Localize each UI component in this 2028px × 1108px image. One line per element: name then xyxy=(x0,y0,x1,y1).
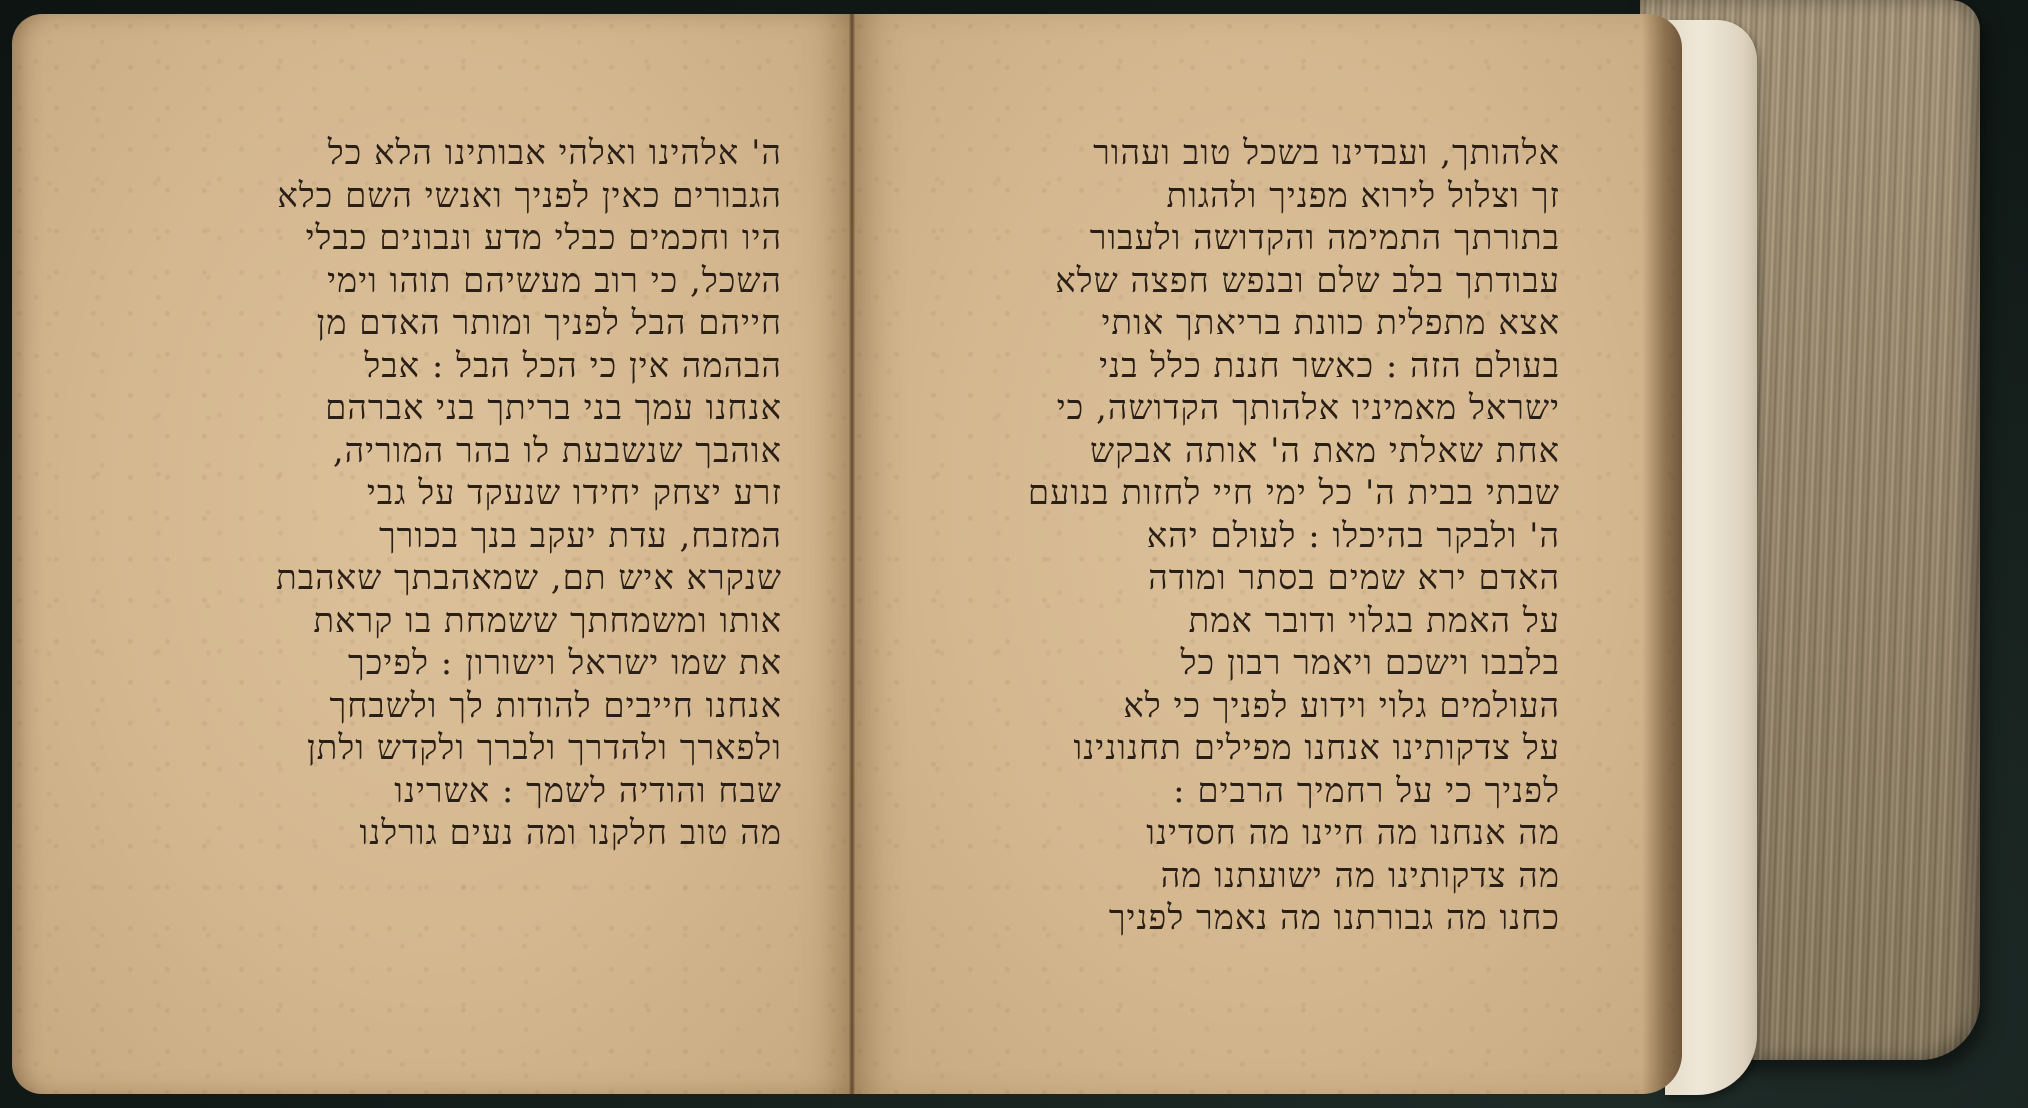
text-line: ישראל מאמיניו אלהותך הקדושה, כי xyxy=(920,387,1560,430)
text-line: שנקרא איש תם, שמאהבתך שאהבת xyxy=(162,557,782,600)
text-line: על האמת בגלוי ודובר אמת xyxy=(920,600,1560,643)
text-line: אנחנו חייבים להודות לך ולשבחך xyxy=(162,685,782,728)
text-line: אחת שאלתי מאת ה' אותה אבקש xyxy=(920,430,1560,473)
text-line: זרע יצחק יחידו שנעקד על גבי xyxy=(162,472,782,515)
text-line: בעולם הזה : כאשר חננת כלל בני xyxy=(920,345,1560,388)
book-gutter xyxy=(849,14,855,1094)
left-page: ה' אלהינו ואלהי אבותינו הלא כל הגבורים כ… xyxy=(12,14,852,1094)
text-line: אצא מתפלית כוונת בריאתך אותי xyxy=(920,302,1560,345)
text-line: הגבורים כאין לפניך ואנשי השם כלא xyxy=(162,175,782,218)
text-line: חייהם הבל לפניך ומותר האדם מן xyxy=(162,302,782,345)
text-line: ולפארך ולהדרך ולברך ולקדש ולתן xyxy=(162,727,782,770)
text-line: אלהותך, ועבדינו בשכל טוב ועהור xyxy=(920,132,1560,175)
text-line: עבודתך בלב שלם ובנפש חפצה שלא xyxy=(920,260,1560,303)
text-line: העולמים גלוי וידוע לפניך כי לא xyxy=(920,685,1560,728)
text-line: אוהבך שנשבעת לו בהר המוריה, xyxy=(162,430,782,473)
text-line: השכל, כי רוב מעשיהם תוהו וימי xyxy=(162,260,782,303)
text-line: זך וצלול לירוא מפניך ולהגות xyxy=(920,175,1560,218)
text-line: הבהמה אין כי הכל הבל : אבל xyxy=(162,345,782,388)
text-line: מה צדקותינו מה ישועתנו מה xyxy=(920,855,1560,898)
text-line: שבתי בבית ה' כל ימי חיי לחזות בנועם xyxy=(920,472,1560,515)
right-page-text: אלהותך, ועבדינו בשכל טוב ועהור זך וצלול … xyxy=(920,132,1560,940)
text-line: האדם ירא שמים בסתר ומודה xyxy=(920,557,1560,600)
text-line: המזבח, עדת יעקב בנך בכורך xyxy=(162,515,782,558)
text-line: כחנו מה גבורתנו מה נאמר לפניך xyxy=(920,897,1560,940)
text-line: מה אנחנו מה חיינו מה חסדינו xyxy=(920,812,1560,855)
text-line: אנחנו עמך בני בריתך בני אברהם xyxy=(162,387,782,430)
text-line: שבח והודיה לשמך : אשרינו xyxy=(162,770,782,813)
text-line: היו וחכמים כבלי מדע ונבונים כבלי xyxy=(162,217,782,260)
text-line: ה' אלהינו ואלהי אבותינו הלא כל xyxy=(162,132,782,175)
text-line: אותו ומשמחתך ששמחת בו קראת xyxy=(162,600,782,643)
text-line: על צדקותינו אנחנו מפילים תחנונינו xyxy=(920,727,1560,770)
text-line: את שמו ישראל וישורון : לפיכך xyxy=(162,642,782,685)
text-line: ה' ולבקר בהיכלו : לעולם יהא xyxy=(920,515,1560,558)
right-page: אלהותך, ועבדינו בשכל טוב ועהור זך וצלול … xyxy=(852,14,1682,1094)
text-line: בתורתך התמימה והקדושה ולעבור xyxy=(920,217,1560,260)
text-line: בלבבו וישכם ויאמר רבון כל xyxy=(920,642,1560,685)
photo-scene: ה' אלהינו ואלהי אבותינו הלא כל הגבורים כ… xyxy=(0,0,2028,1108)
text-line: מה טוב חלקנו ומה נעים גורלנו xyxy=(162,812,782,855)
left-page-text: ה' אלהינו ואלהי אבותינו הלא כל הגבורים כ… xyxy=(162,132,782,855)
text-line: לפניך כי על רחמיך הרבים : xyxy=(920,770,1560,813)
